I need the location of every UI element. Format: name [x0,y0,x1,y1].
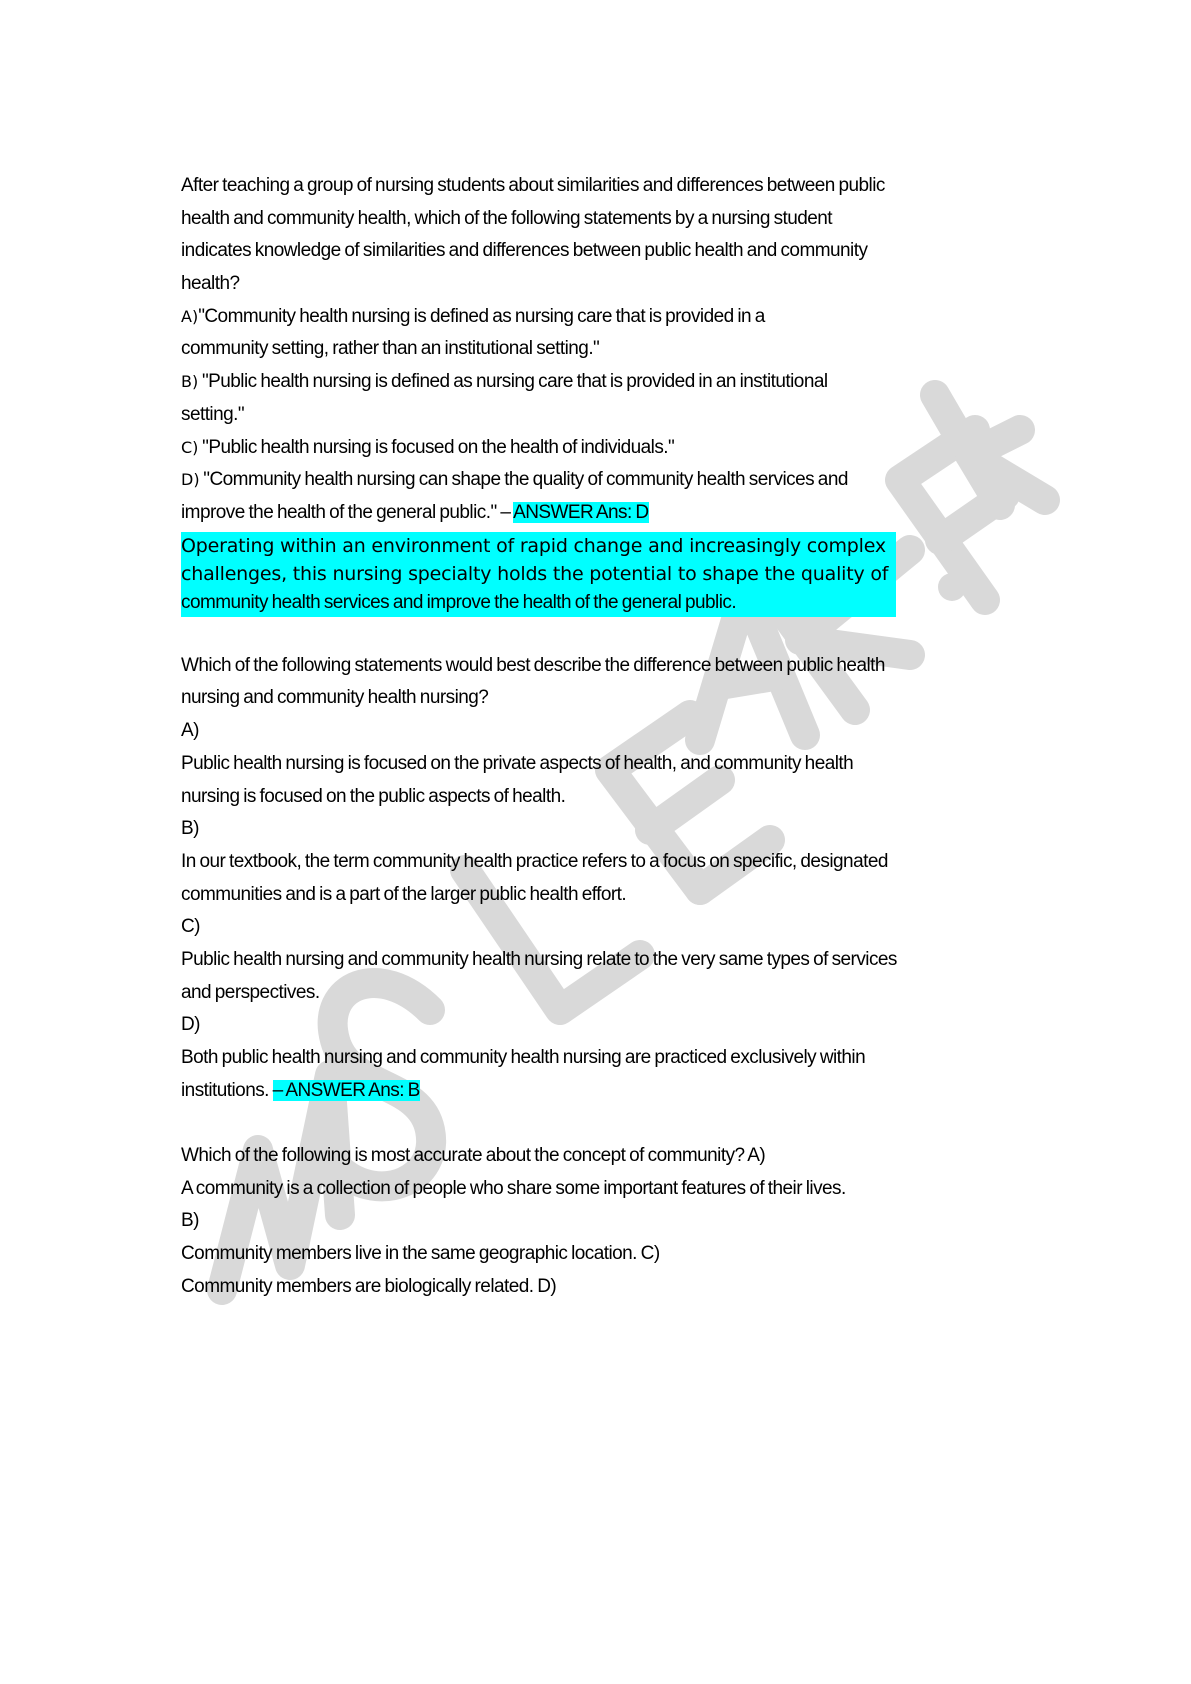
explanation-highlight: Operating within an environment of rapid… [181,532,896,618]
question-1-option-c: C) "Public health nursing is focused on … [181,432,1031,465]
question-1-option-b: B) "Public health nursing is defined as … [181,366,1031,399]
explanation-line: Operating within an environment of rapid… [181,532,888,561]
question-3-line: B) [181,1205,1031,1238]
option-text: "Public health nursing is defined as nur… [198,371,827,392]
question-1-stem-line: indicates knowledge of similarities and … [181,235,1031,268]
option-text: "Community health nursing is defined as … [198,306,765,327]
question-2-option-d-letter: D) [181,1009,1031,1042]
question-3-line: Community members are biologically relat… [181,1271,1031,1304]
question-1-stem-line: health and community health, which of th… [181,203,1031,236]
question-2-option-a-letter: A) [181,715,1031,748]
question-1: After teaching a group of nursing studen… [181,170,1031,617]
option-letter: A) [181,307,198,326]
option-text: "Community health nursing can shape the … [200,469,848,490]
question-1-option-b-cont: setting." [181,399,1031,432]
question-1-option-a: A)"Community health nursing is defined a… [181,301,1031,334]
document-page: After teaching a group of nursing studen… [181,170,1031,1304]
question-2-option-a-text: Public health nursing is focused on the … [181,748,1031,781]
question-1-option-d-cont: improve the health of the general public… [181,497,1031,530]
question-2-option-c-text: Public health nursing and community heal… [181,944,1031,977]
option-letter: D) [181,470,200,489]
option-text: institutions. [181,1080,273,1101]
question-3-line: A community is a collection of people wh… [181,1173,1031,1206]
option-letter: C) [181,438,198,457]
question-1-stem-line: After teaching a group of nursing studen… [181,170,1031,203]
spacer [181,1107,1031,1140]
spacer [181,617,1031,650]
explanation-line: challenges, this nursing specialty holds… [181,560,888,589]
question-2-option-d-text-cont: institutions. – ANSWER Ans: B [181,1075,1031,1108]
question-1-option-d: D) "Community health nursing can shape t… [181,464,1031,497]
question-1-stem-line: health? [181,268,1031,301]
question-3-line: Which of the following is most accurate … [181,1140,1031,1173]
answer-highlight: – ANSWER Ans: B [273,1080,420,1101]
question-2-option-b-text: communities and is a part of the larger … [181,879,1031,912]
question-2-option-a-text: nursing is focused on the public aspects… [181,781,1031,814]
question-2-option-d-text: Both public health nursing and community… [181,1042,1031,1075]
question-2-option-c-text: and perspectives. [181,977,1031,1010]
answer-explanation: Operating within an environment of rapid… [181,532,1031,618]
option-text: "Public health nursing is focused on the… [198,437,674,458]
question-3: Which of the following is most accurate … [181,1140,1031,1303]
question-2-stem-line: nursing and community health nursing? [181,682,1031,715]
option-letter: B) [181,372,198,391]
answer-highlight: ANSWER Ans: D [513,502,649,523]
question-2-option-c-letter: C) [181,911,1031,944]
explanation-line: community health services and improve th… [181,589,888,618]
question-2-option-b-text: In our textbook, the term community heal… [181,846,1031,879]
question-1-option-a-cont: community setting, rather than an instit… [181,333,1031,366]
option-text: improve the health of the general public… [181,502,513,523]
question-2-stem-line: Which of the following statements would … [181,650,1031,683]
question-2-option-b-letter: B) [181,813,1031,846]
question-3-line: Community members live in the same geogr… [181,1238,1031,1271]
question-2: Which of the following statements would … [181,650,1031,1108]
